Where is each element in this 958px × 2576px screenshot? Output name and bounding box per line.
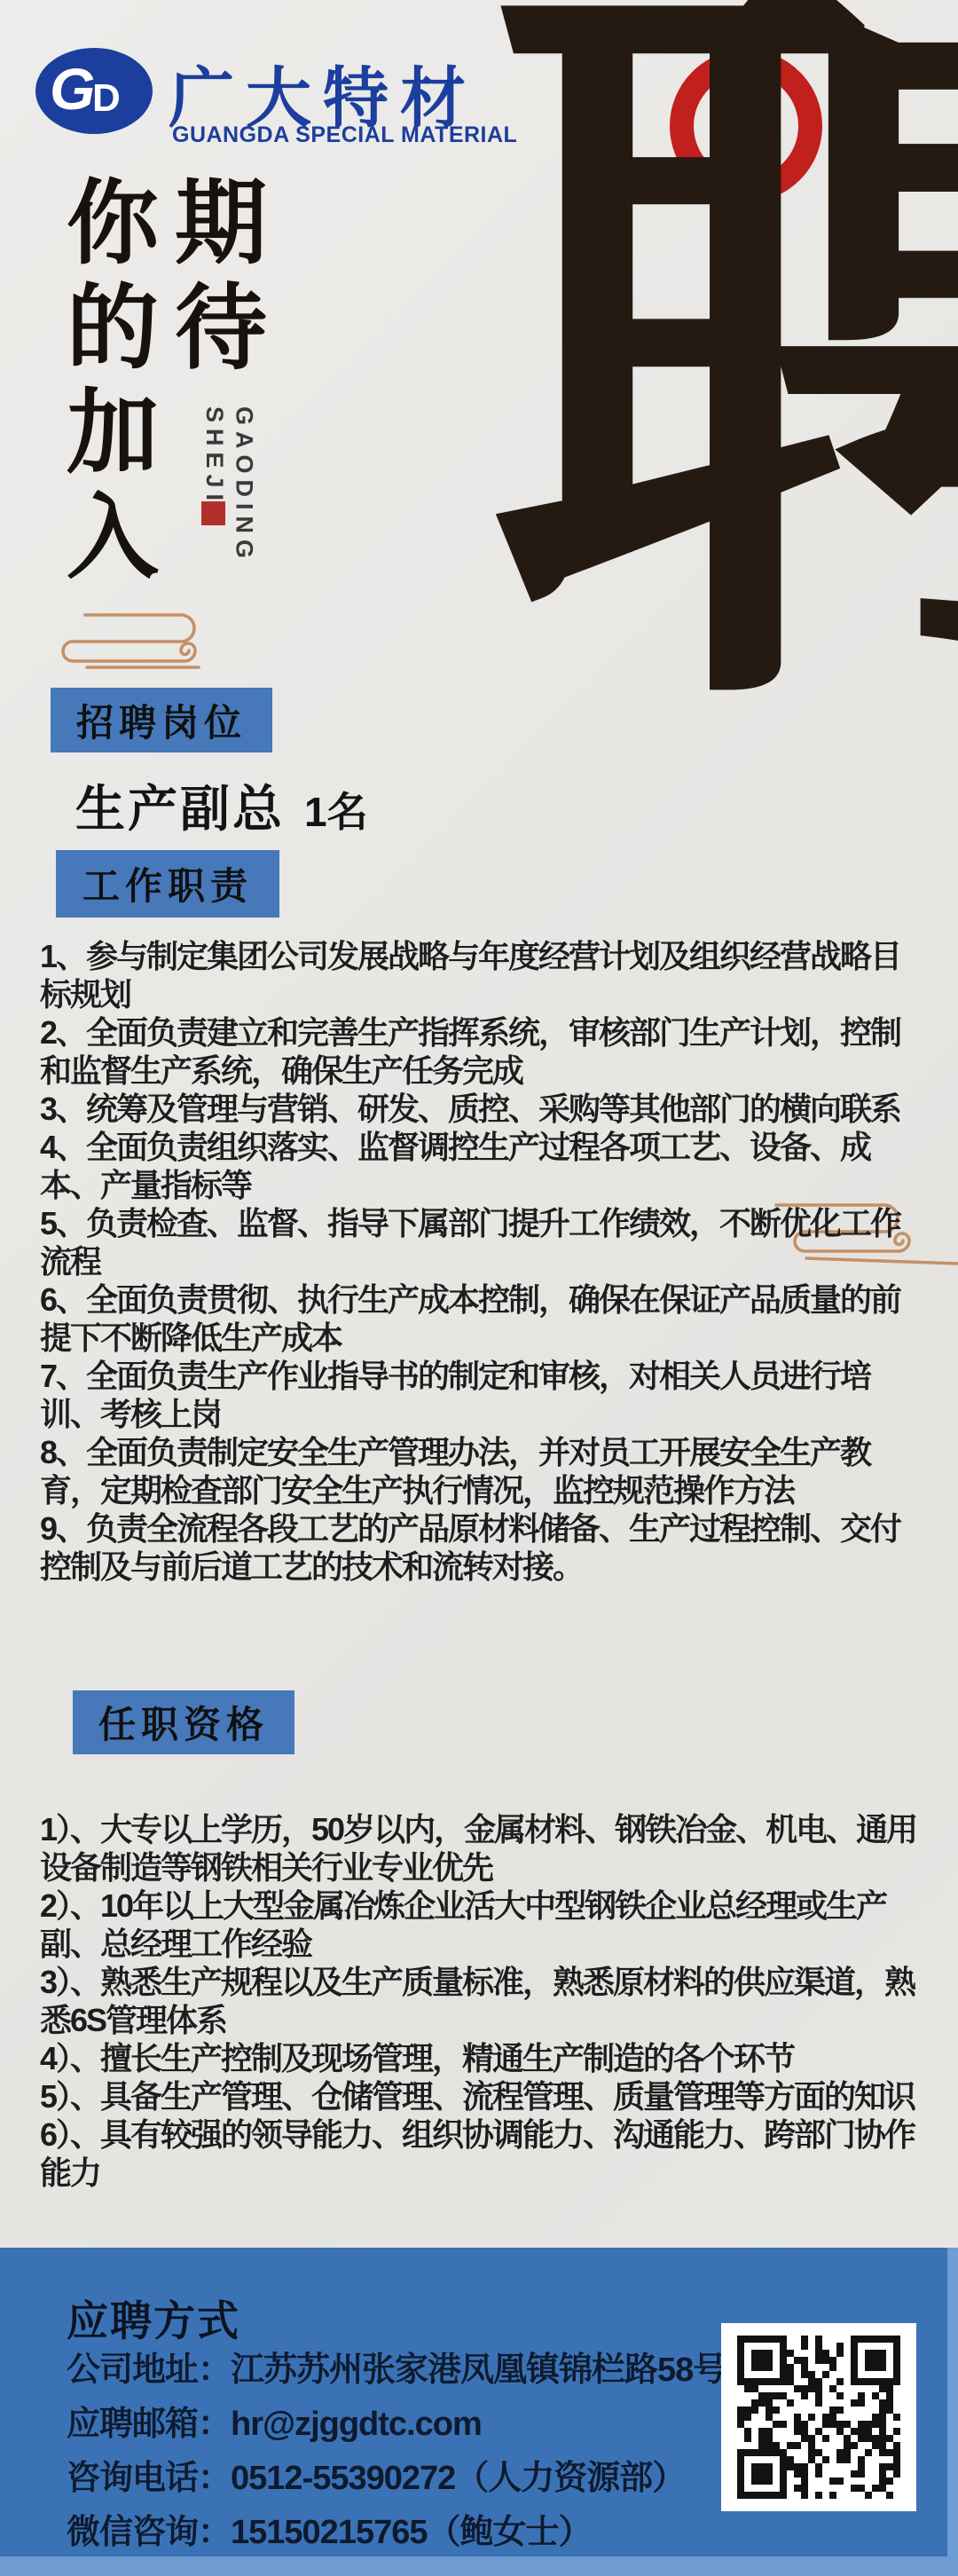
position-count: 1名 xyxy=(304,780,368,839)
position-line: 生产副总 1名 xyxy=(75,770,368,841)
duty-item: 8、全面负责制定安全生产管理办法，并对员工开展安全生产教育，定期检查部门安全生产… xyxy=(40,1433,929,1509)
cloud-ornament-left-icon xyxy=(51,608,233,670)
duty-item: 9、负责全流程各段工艺的产品原材料储备、生产过程控制、交付控制及与前后道工艺的技… xyxy=(40,1509,929,1586)
badge-position: 招聘岗位 xyxy=(51,688,272,752)
duties-list: 1、参与制定集团公司发展战略与年度经营计划及组织经营战略目标规划 2、全面负责建… xyxy=(40,937,929,1586)
contact-row-address: 公司地址：江苏苏州张家港凤凰镇锦栏路58号 xyxy=(67,2351,726,2390)
headline-expect: 期待 xyxy=(167,174,259,383)
contact-value: hr@zjggdtc.com xyxy=(231,2406,482,2443)
logo-letter-d: D xyxy=(92,76,121,121)
footer-apply-section: 应聘方式 公司地址：江苏苏州张家港凤凰镇锦栏路58号 应聘邮箱：hr@zjggd… xyxy=(0,2248,958,2576)
footer-panel: 应聘方式 公司地址：江苏苏州张家港凤凰镇锦栏路58号 应聘邮箱：hr@zjggd… xyxy=(0,2248,947,2556)
duty-item: 3、统筹及管理与营销、研发、质控、采购等其他部门的横向联系 xyxy=(40,1090,929,1128)
red-seal-square xyxy=(201,501,225,525)
contact-value: 0512-55390272（人力资源部） xyxy=(231,2460,685,2497)
recruitment-poster: G D 广大特材 GUANGDA SPECIAL MATERIAL 期待 你的加… xyxy=(0,0,958,2576)
contact-value: 15150215765（鲍女士） xyxy=(231,2514,591,2551)
duty-item: 4、全面负责组织落实、监督调控生产过程各项工艺、设备、成本、产量指标等 xyxy=(40,1128,929,1204)
credit-line-1: GAODING xyxy=(229,406,259,619)
contact-row-phone: 咨询电话：0512-55390272（人力资源部） xyxy=(67,2459,726,2498)
big-calligraphy-character: 聘 xyxy=(486,0,958,765)
duty-item: 5、负责检查、监督、指导下属部门提升工作绩效，不断优化工作流程 xyxy=(40,1204,929,1280)
contact-label: 公司地址： xyxy=(67,2351,231,2389)
qualification-item: 2）、10年以上大型金属冶炼企业活大中型钢铁企业总经理或生产副、总经理工作经验 xyxy=(40,1887,929,1963)
position-title: 生产副总 xyxy=(75,770,285,841)
footer-title: 应聘方式 xyxy=(67,2288,240,2348)
qr-code-pattern xyxy=(737,2336,900,2499)
qualification-item: 5）、具备生产管理、仓储管理、流程管理、质量管理等方面的知识 xyxy=(40,2077,929,2115)
duty-item: 1、参与制定集团公司发展战略与年度经营计划及组织经营战略目标规划 xyxy=(40,937,929,1013)
badge-duties: 工作职责 xyxy=(56,850,279,918)
contact-label: 微信咨询： xyxy=(67,2514,231,2551)
qualification-item: 1）、大专以上学历，50岁以内，金属材料、钢铁冶金、机电、通用设备制造等钢铁相关… xyxy=(40,1810,929,1887)
contact-row-email: 应聘邮箱：hr@zjggdtc.com xyxy=(67,2405,726,2444)
contact-label: 应聘邮箱： xyxy=(67,2406,231,2443)
contact-value: 江苏苏州张家港凤凰镇锦栏路58号 xyxy=(231,2351,726,2389)
duty-item: 7、全面负责生产作业指导书的制定和审核，对相关人员进行培训、考核上岗 xyxy=(40,1357,929,1433)
qr-code xyxy=(721,2323,916,2511)
qualification-item: 3）、熟悉生产规程以及生产质量标准，熟悉原材料的供应渠道，熟悉6S管理体系 xyxy=(40,1963,929,2039)
contact-label: 咨询电话： xyxy=(67,2460,231,2497)
contact-row-wechat: 微信咨询：15150215765（鲍女士） xyxy=(67,2513,726,2552)
company-name-english: GUANGDA SPECIAL MATERIAL xyxy=(172,122,517,148)
qualification-item: 4）、擅长生产控制及现场管理，精通生产制造的各个环节 xyxy=(40,2039,929,2077)
badge-qualifications: 任职资格 xyxy=(73,1690,294,1754)
duty-item: 6、全面负责贯彻、执行生产成本控制，确保在保证产品质量的前提下不断降低生产成本 xyxy=(40,1280,929,1357)
duty-item: 2、全面负责建立和完善生产指挥系统，审核部门生产计划，控制和监督生产系统，确保生… xyxy=(40,1013,929,1090)
logo-letter-g: G xyxy=(50,55,95,122)
footer-contact-rows: 公司地址：江苏苏州张家港凤凰镇锦栏路58号 应聘邮箱：hr@zjggdtc.co… xyxy=(67,2351,726,2552)
headline-your-joining: 你的加入 xyxy=(59,174,151,593)
qualification-item: 6）、具有较强的领导能力、组织协调能力、沟通能力、跨部门协作能力 xyxy=(40,2115,929,2192)
qualifications-list: 1）、大专以上学历，50岁以内，金属材料、钢铁冶金、机电、通用设备制造等钢铁相关… xyxy=(40,1810,929,2192)
company-logo-icon: G D xyxy=(35,48,153,134)
